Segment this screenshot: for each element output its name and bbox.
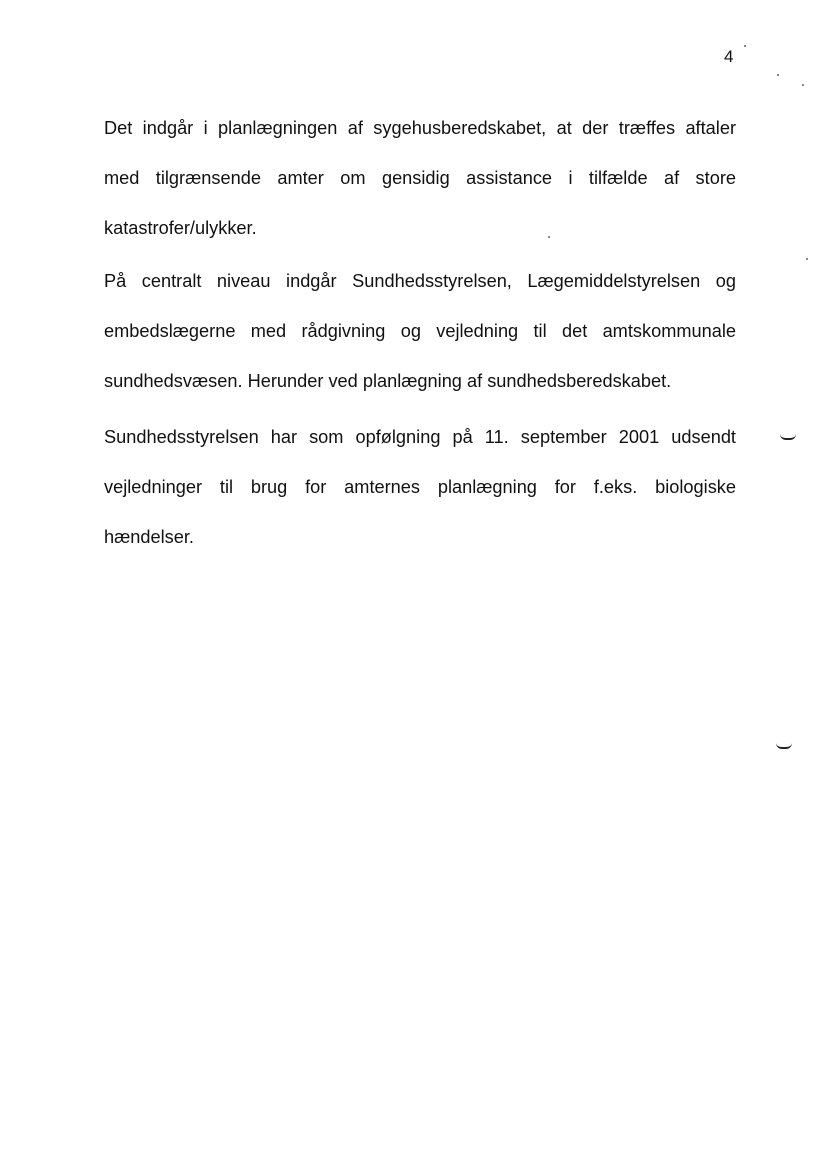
text-line: Sundhedsstyrelsen har som opfølgning på … — [104, 412, 736, 462]
page-number: 4 — [724, 47, 733, 67]
text-line: Det indgår i planlægningen af sygehusber… — [104, 103, 736, 153]
scan-speck — [744, 45, 746, 47]
text-line: embedslægerne med rådgivning og vejledni… — [104, 306, 736, 356]
text-line: hændelser. — [104, 512, 736, 562]
scan-speck — [548, 236, 550, 238]
scan-artifact-mark — [780, 434, 796, 440]
text-line: sundhedsvæsen. Herunder ved planlægning … — [104, 356, 736, 406]
scan-speck — [802, 84, 804, 86]
scan-speck — [806, 258, 808, 260]
paragraph-guidelines: Sundhedsstyrelsen har som opfølgning på … — [104, 412, 736, 562]
text-line: med tilgrænsende amter om gensidig assis… — [104, 153, 736, 203]
scan-speck — [777, 74, 779, 76]
scan-artifact-mark — [776, 743, 792, 749]
text-line: katastrofer/ulykker. — [104, 203, 736, 253]
text-line: vejledninger til brug for amternes planl… — [104, 462, 736, 512]
paragraph-central-level: På centralt niveau indgår Sundhedsstyrel… — [104, 256, 736, 406]
text-line: På centralt niveau indgår Sundhedsstyrel… — [104, 256, 736, 306]
paragraph-regional-assistance: Det indgår i planlægningen af sygehusber… — [104, 103, 736, 253]
